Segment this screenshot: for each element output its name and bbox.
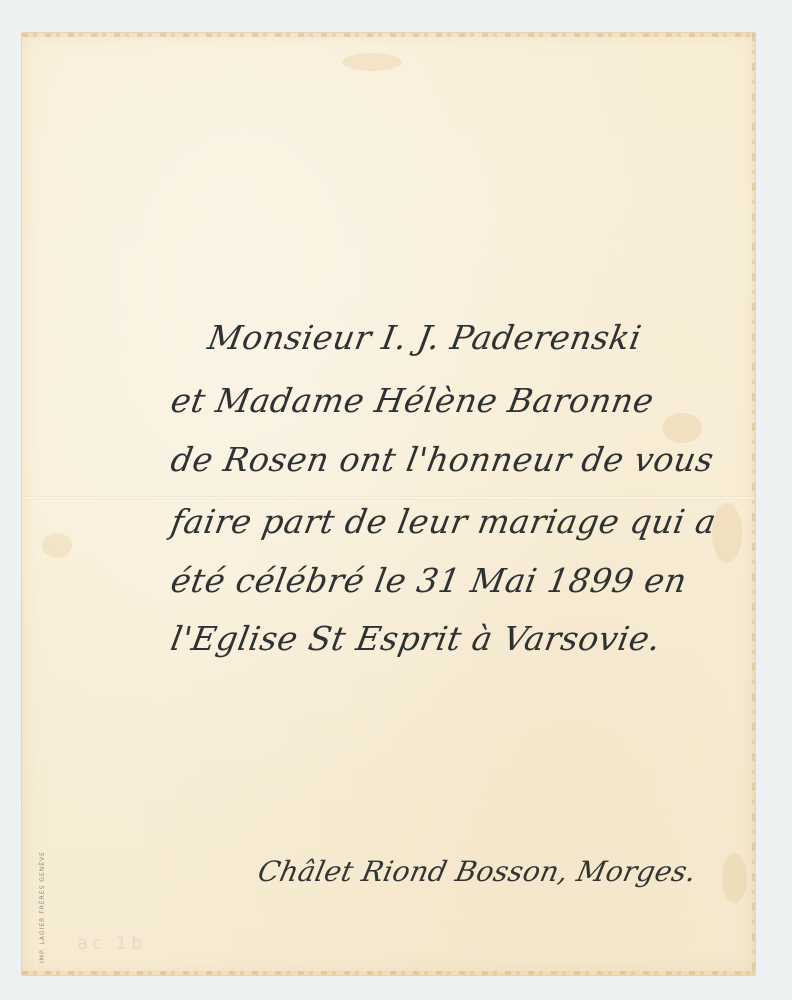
- body-line-5: été célébré le 31 Mai 1899 en: [168, 561, 690, 600]
- body-line-1: Monsieur I. J. Paderenski: [205, 318, 645, 357]
- body-line-6: l'Eglise St Esprit à Varsovie.: [168, 619, 664, 658]
- announcement-text: Monsieur I. J. Paderenski et Madame Hélè…: [22, 33, 755, 975]
- invitation-card: Monsieur I. J. Paderenski et Madame Hélè…: [22, 33, 755, 975]
- body-line-2: et Madame Hélène Baronne: [168, 381, 657, 420]
- printer-imprint: IMP. LAGIER FRÈRES GENÈVE: [39, 851, 46, 963]
- address-line: Châlet Riond Bosson, Morges.: [255, 855, 700, 888]
- body-line-3: de Rosen ont l'honneur de vous: [168, 440, 717, 479]
- pencil-annotation: ac 1b: [77, 933, 147, 954]
- body-line-4: faire part de leur mariage qui a: [168, 502, 719, 541]
